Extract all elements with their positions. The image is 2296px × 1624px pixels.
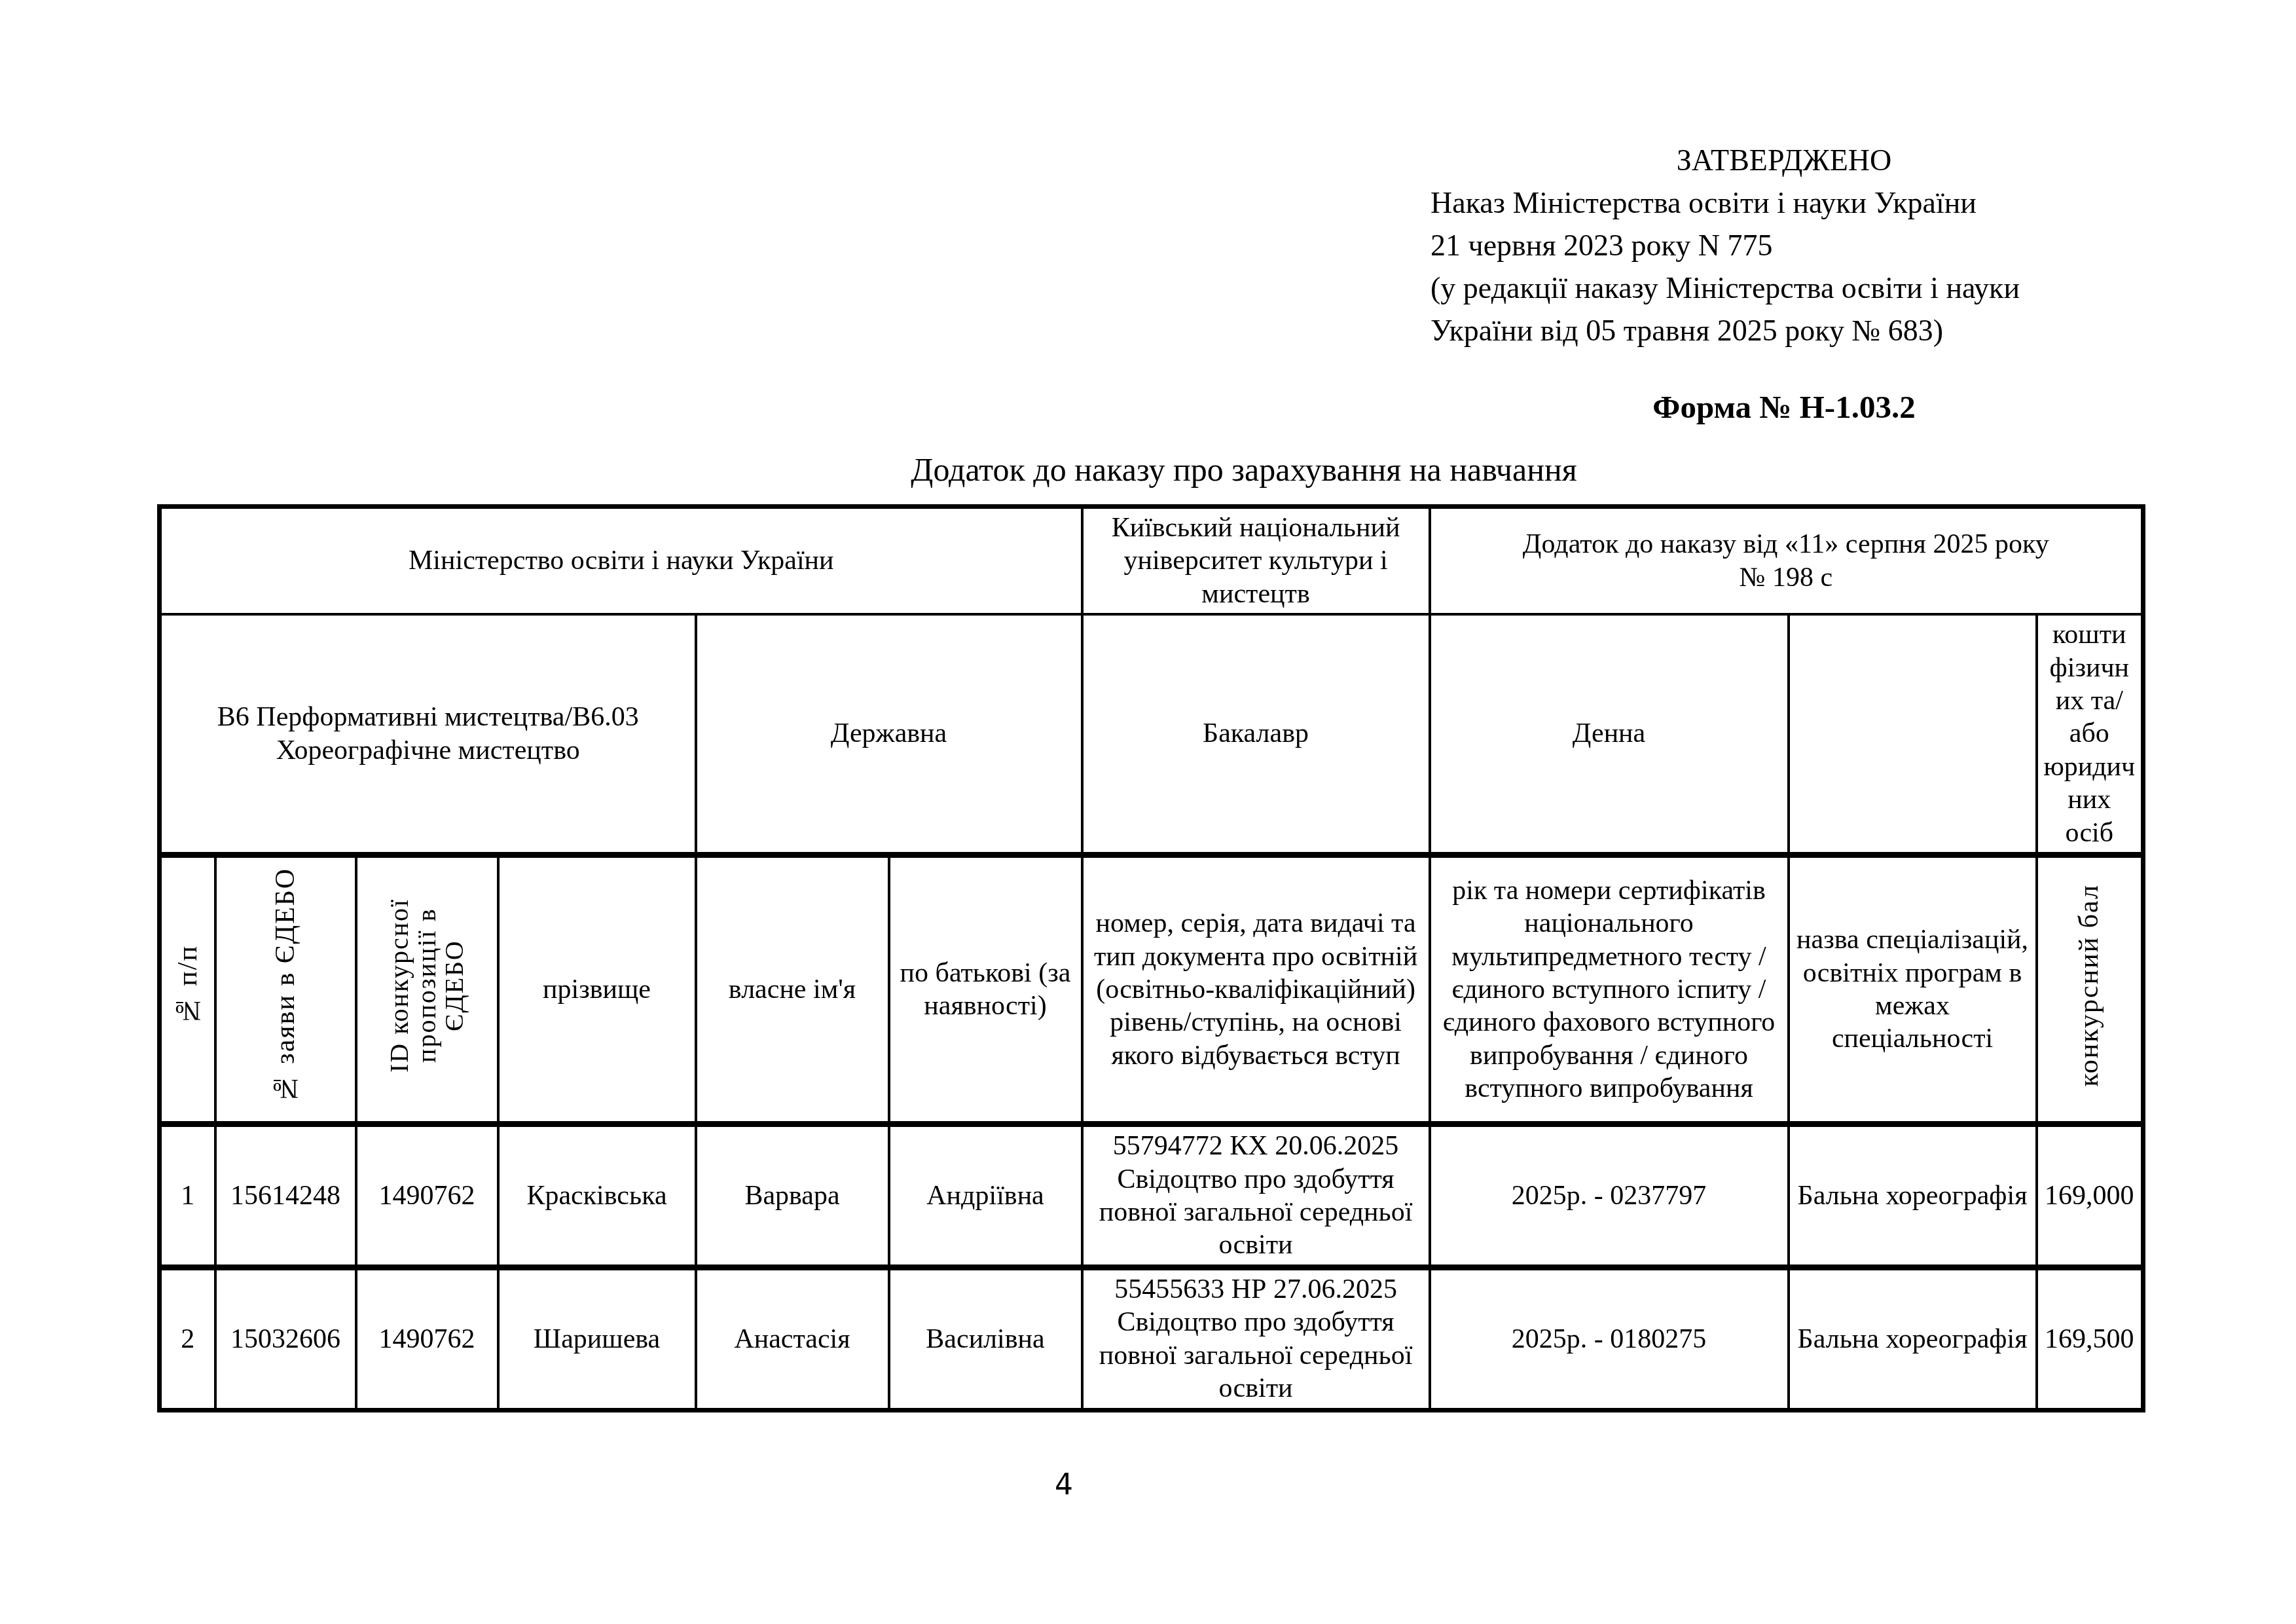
col-header-competition-score-label: конкурсний бал [2075,884,2104,1086]
col-header-seq-number-label: № п/п [173,945,202,1025]
cell-proposal-id: 1490762 [356,1124,498,1268]
cell-competition-score: 169,500 [2037,1267,2143,1410]
org-header-row: Міністерство освіти і науки України Київ… [160,507,2143,615]
order-line: 21 червня 2023 року N 775 [1430,224,2138,267]
col-header-given-name: власне ім'я [696,855,889,1124]
approved-stamp-label: ЗАТВЕРДЖЕНО [1430,139,2138,181]
enrollment-table-wrapper: Міністерство освіти і науки України Київ… [157,504,2145,1412]
col-header-application-id: № заяви в ЄДЕБО [215,855,356,1124]
study-form-cell: Денна [1430,614,1789,855]
university-cell: Київський національний університет культ… [1082,507,1430,615]
col-header-surname: прізвище [498,855,696,1124]
specialty-cell: В6 Перформативні мистецтва/В6.03 Хореогр… [160,614,696,855]
col-header-proposal-id: ID конкурсної пропозиції в ЄДЕБО [356,855,498,1124]
page-number: 4 [1038,1468,1090,1502]
cell-certificates: 2025р. - 0237797 [1430,1124,1789,1268]
empty-cell [1789,614,2037,855]
cell-application-id: 15032606 [215,1267,356,1410]
col-header-seq-number: № п/п [160,855,215,1124]
cell-given-name: Анастасія [696,1267,889,1410]
cell-certificates: 2025р. - 0180275 [1430,1267,1789,1410]
cell-surname: Красківська [498,1124,696,1268]
cell-surname: Шаришева [498,1267,696,1410]
annex-order-line1: Додаток до наказу від «11» серпня 2025 р… [1436,528,2136,561]
cell-competition-score: 169,000 [2037,1124,2143,1268]
cell-patronymic: Василівна [889,1267,1082,1410]
col-header-competition-score: конкурсний бал [2037,855,2143,1124]
order-line: України від 05 травня 2025 року № 683) [1430,309,2138,352]
funding-source-cell: Державна [696,614,1082,855]
cell-education-document: 55794772 КХ 20.06.2025 Свідоцтво про здо… [1082,1124,1430,1268]
funds-cell: кошти фізичних та/або юридичних осіб [2037,614,2143,855]
col-header-specialization: назва спеціалізацій, освітніх програм в … [1789,855,2037,1124]
col-header-education-document: номер, серія, дата видачі та тип докумен… [1082,855,1430,1124]
annex-order-line2: № 198 с [1436,561,2136,594]
table-row: 2 15032606 1490762 Шаришева Анастасія Ва… [160,1267,2143,1410]
order-line: (у редакції наказу Міністерства освіти і… [1430,267,2138,309]
col-header-application-id-label: № заяви в ЄДЕБО [271,868,300,1103]
document-title: Додаток до наказу про зарахування на нав… [229,451,2259,489]
col-header-proposal-id-label: ID конкурсної пропозиції в ЄДЕБО [386,860,468,1111]
approval-block: ЗАТВЕРДЖЕНО Наказ Міністерства освіти і … [1430,139,2138,428]
cell-education-document: 55455633 НР 27.06.2025 Свідоцтво про здо… [1082,1267,1430,1410]
col-header-certificates: рік та номери сертифікатів національного… [1430,855,1789,1124]
enrollment-table: Міністерство освіти і науки України Київ… [157,504,2145,1412]
ministry-cell: Міністерство освіти і науки України [160,507,1082,615]
document-page: ЗАТВЕРДЖЕНО Наказ Міністерства освіти і … [0,0,2296,1624]
cell-specialization: Бальна хореографія [1789,1124,2037,1268]
form-number: Форма № Н-1.03.2 [1430,386,2138,428]
cell-proposal-id: 1490762 [356,1267,498,1410]
column-header-row: № п/п № заяви в ЄДЕБО ID конкурсної проп… [160,855,2143,1124]
table-row: 1 15614248 1490762 Красківська Варвара А… [160,1124,2143,1268]
order-line: Наказ Міністерства освіти і науки Україн… [1430,181,2138,224]
cell-patronymic: Андріївна [889,1124,1082,1268]
cell-application-id: 15614248 [215,1124,356,1268]
program-header-row: В6 Перформативні мистецтва/В6.03 Хореогр… [160,614,2143,855]
cell-seq-number: 1 [160,1124,215,1268]
cell-given-name: Варвара [696,1124,889,1268]
degree-cell: Бакалавр [1082,614,1430,855]
cell-specialization: Бальна хореографія [1789,1267,2037,1410]
annex-order-cell: Додаток до наказу від «11» серпня 2025 р… [1430,507,2143,615]
col-header-patronymic: по батькові (за наявності) [889,855,1082,1124]
cell-seq-number: 2 [160,1267,215,1410]
